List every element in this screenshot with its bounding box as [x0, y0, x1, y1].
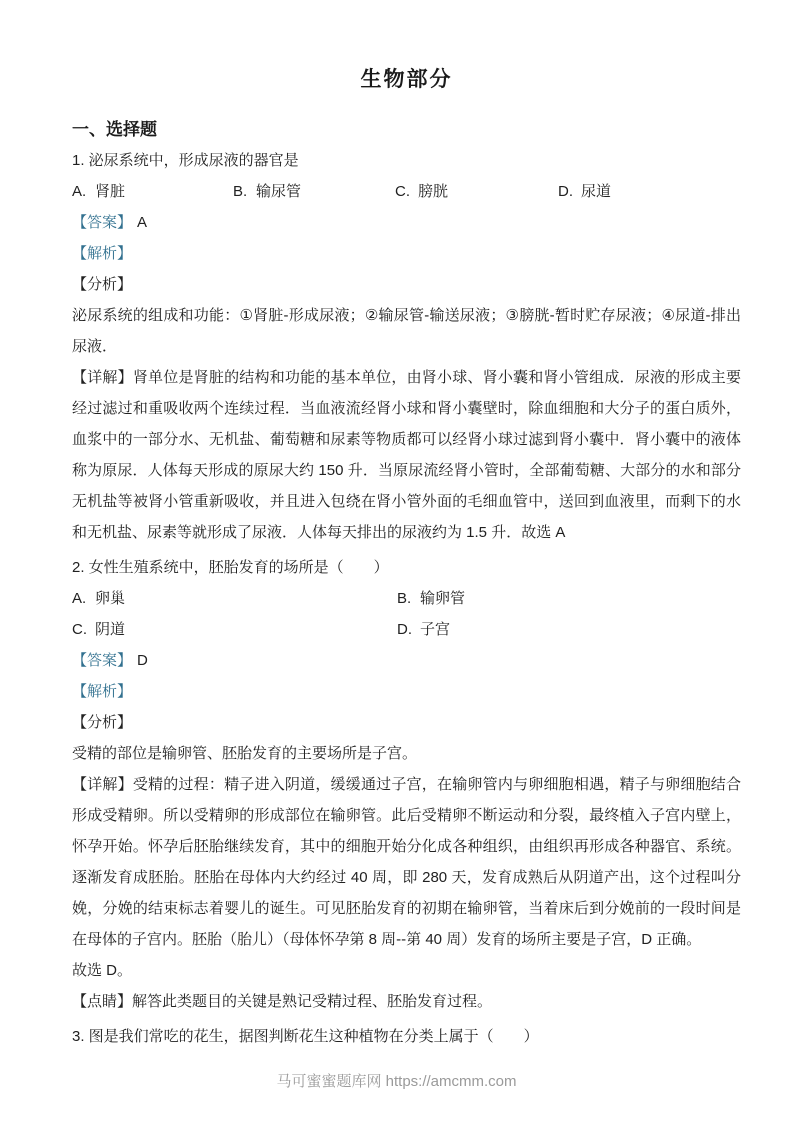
- option-key: D.: [397, 614, 413, 645]
- option-text: 子宫: [420, 621, 450, 638]
- dianjing-paragraph: 【点睛】解答此类题目的关键是熟记受精过程、胚胎发育过程。: [72, 986, 741, 1017]
- option-a: A.卵巢: [72, 583, 397, 614]
- option-b: B.输卵管: [397, 583, 741, 614]
- fenxi-label: 【分析】: [72, 269, 741, 300]
- question-3: 3. 图是我们常吃的花生，据图判断花生这种植物在分类上属于（ ）: [72, 1021, 741, 1052]
- xiangjie-label: 【详解】: [72, 369, 133, 386]
- option-b: B.输尿管: [233, 176, 395, 207]
- question-1-stem: 1. 泌尿系统中，形成尿液的器官是: [72, 145, 741, 176]
- question-2-stem: 2. 女性生殖系统中，胚胎发育的场所是（ ）: [72, 552, 741, 583]
- question-1: 1. 泌尿系统中，形成尿液的器官是 A.肾脏 B.输尿管 C.膀胱 D.尿道 【…: [72, 145, 741, 548]
- watermark-footer: 马可蜜蜜题库网 https://amcmm.com: [0, 1066, 793, 1097]
- answer-line: 【答案】D: [72, 645, 741, 676]
- option-text: 卵巢: [95, 590, 125, 607]
- dianjing-label: 【点睛】: [72, 993, 132, 1010]
- option-text: 阴道: [95, 621, 125, 638]
- option-c: C.阴道: [72, 614, 397, 645]
- option-key: C.: [72, 614, 88, 645]
- section-heading: 一、选择题: [72, 114, 741, 145]
- option-text: 膀胱: [418, 183, 448, 200]
- option-d: D.子宫: [397, 614, 741, 645]
- answer-label: 【答案】: [72, 652, 132, 669]
- guxuan-line: 故选 D。: [72, 955, 741, 986]
- answer-line: 【答案】A: [72, 207, 741, 238]
- option-d: D.尿道: [558, 176, 741, 207]
- option-c: C.膀胱: [395, 176, 558, 207]
- fenxi-text: 泌尿系统的组成和功能：①肾脏-形成尿液；②输尿管-输送尿液；③膀胱-暂时贮存尿液…: [72, 300, 741, 362]
- option-key: B.: [397, 583, 413, 614]
- xiangjie-text: 受精的过程：精子进入阴道，缓缓通过子宫，在输卵管内与卵细胞相遇，精子与卵细胞结合…: [72, 776, 741, 948]
- xiangjie-label: 【详解】: [72, 776, 133, 793]
- option-key: A.: [72, 176, 88, 207]
- option-text: 尿道: [581, 183, 611, 200]
- question-2: 2. 女性生殖系统中，胚胎发育的场所是（ ） A.卵巢 B.输卵管 C.阴道 D…: [72, 552, 741, 1017]
- option-text: 输尿管: [256, 183, 301, 200]
- jiexi-label: 【解析】: [72, 238, 741, 269]
- document-page: 生物部分 一、选择题 1. 泌尿系统中，形成尿液的器官是 A.肾脏 B.输尿管 …: [0, 0, 793, 1122]
- option-key: D.: [558, 176, 574, 207]
- fenxi-label: 【分析】: [72, 707, 741, 738]
- page-title: 生物部分: [72, 62, 741, 98]
- xiangjie-paragraph: 【详解】肾单位是肾脏的结构和功能的基本单位，由肾小球、肾小囊和肾小管组成．尿液的…: [72, 362, 741, 548]
- option-text: 肾脏: [95, 183, 125, 200]
- dianjing-text: 解答此类题目的关键是熟记受精过程、胚胎发育过程。: [132, 993, 492, 1010]
- question-2-options: A.卵巢 B.输卵管 C.阴道 D.子宫: [72, 583, 741, 645]
- question-3-stem: 3. 图是我们常吃的花生，据图判断花生这种植物在分类上属于（ ）: [72, 1021, 741, 1052]
- answer-label: 【答案】: [72, 214, 132, 231]
- answer-value: D: [137, 652, 148, 669]
- option-a: A.肾脏: [72, 176, 233, 207]
- option-key: C.: [395, 176, 411, 207]
- jiexi-label: 【解析】: [72, 676, 741, 707]
- xiangjie-paragraph: 【详解】受精的过程：精子进入阴道，缓缓通过子宫，在输卵管内与卵细胞相遇，精子与卵…: [72, 769, 741, 955]
- answer-value: A: [137, 214, 147, 231]
- xiangjie-text: 肾单位是肾脏的结构和功能的基本单位，由肾小球、肾小囊和肾小管组成．尿液的形成主要…: [72, 369, 741, 541]
- option-key: B.: [233, 176, 249, 207]
- fenxi-text: 受精的部位是输卵管、胚胎发育的主要场所是子宫。: [72, 738, 741, 769]
- option-key: A.: [72, 583, 88, 614]
- question-1-options: A.肾脏 B.输尿管 C.膀胱 D.尿道: [72, 176, 741, 207]
- option-text: 输卵管: [420, 590, 465, 607]
